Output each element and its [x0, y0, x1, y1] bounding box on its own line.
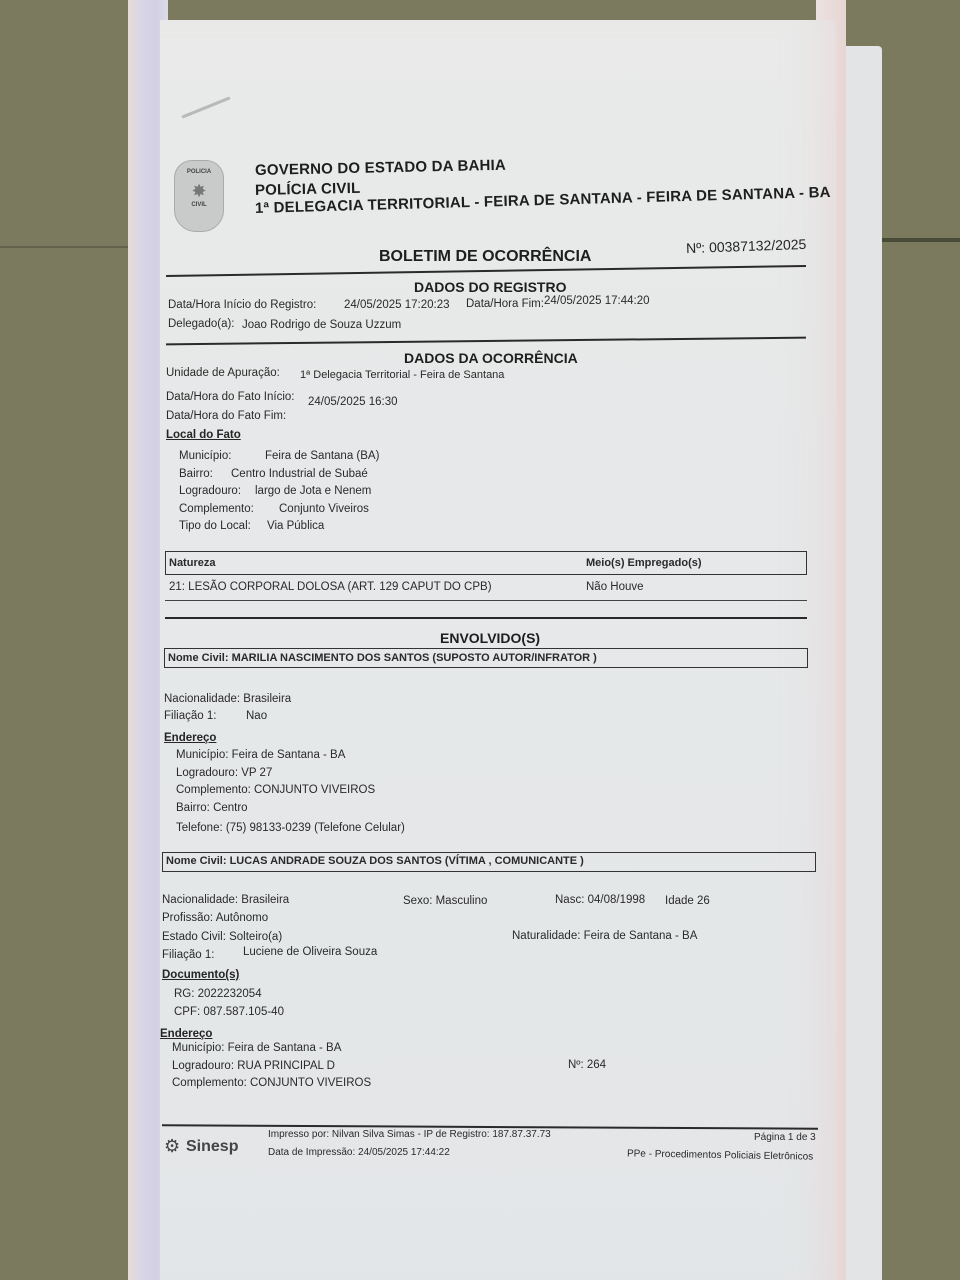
autor-filiacao-value: Nao	[246, 710, 267, 722]
local-fato-title: Local do Fato	[166, 429, 241, 441]
meio-row-value: Não Houve	[586, 581, 644, 593]
floor-tile-line	[0, 246, 130, 248]
natureza-header-box	[165, 551, 807, 575]
natureza-row-value: 21: LESÃO CORPORAL DOLOSA (ART. 129 CAPU…	[169, 581, 492, 593]
floor-tile-line	[880, 238, 960, 242]
vitima-nome: Nome Civil: LUCAS ANDRADE SOUZA DOS SANT…	[166, 855, 584, 867]
footer-pagina: Página 1 de 3	[754, 1132, 816, 1143]
vitima-sexo: Sexo: Masculino	[403, 895, 487, 907]
vitima-nasc: Nasc: 04/08/1998	[555, 894, 645, 906]
unidade-value: 1ª Delegacia Territorial - Feira de Sant…	[300, 369, 504, 381]
section-dados-ocorrencia: DADOS DA OCORRÊNCIA	[404, 350, 578, 366]
header-police: POLÍCIA CIVIL	[255, 180, 361, 199]
local-field-label: Logradouro:	[179, 485, 241, 497]
vitima-nacionalidade: Nacionalidade: Brasileira	[162, 894, 289, 906]
local-field-label: Município:	[179, 450, 231, 462]
registro-inicio-value: 24/05/2025 17:20:23	[344, 299, 450, 311]
vitima-logradouro: Logradouro: RUA PRINCIPAL D	[172, 1060, 335, 1072]
autor-endereco-line: Telefone: (75) 98133-0239 (Telefone Celu…	[176, 822, 405, 834]
fato-fim-label: Data/Hora do Fato Fim:	[166, 410, 286, 422]
vitima-cpf: CPF: 087.587.105-40	[174, 1006, 284, 1018]
vitima-profissao: Profissão: Autônomo	[162, 912, 268, 924]
local-field-label: Bairro:	[179, 468, 213, 480]
local-field-label: Tipo do Local:	[179, 520, 251, 532]
local-field-value: Centro Industrial de Subaé	[231, 468, 368, 480]
local-field-value: Via Pública	[267, 520, 324, 532]
ocorrencia-divider	[165, 617, 807, 619]
local-field-value: Conjunto Viveiros	[279, 503, 369, 515]
vitima-complemento: Complemento: CONJUNTO VIVEIROS	[172, 1077, 371, 1089]
autor-filiacao-label: Filiação 1:	[164, 710, 216, 722]
autor-endereco-line: Logradouro: VP 27	[176, 767, 272, 779]
report-number: Nº: 00387132/2025	[686, 236, 807, 256]
meio-col-header: Meio(s) Empregado(s)	[586, 557, 702, 569]
fato-inicio-label: Data/Hora do Fato Início:	[166, 391, 294, 403]
natureza-col-header: Natureza	[169, 557, 215, 569]
registro-divider	[166, 337, 806, 346]
autor-endereco-line: Bairro: Centro	[176, 802, 248, 814]
vitima-documentos-title: Documento(s)	[162, 969, 239, 981]
local-field-value: largo de Jota e Nenem	[255, 485, 371, 497]
vitima-idade: Idade 26	[665, 895, 710, 907]
footer-impresso: Impresso por: Nilvan Silva Simas - IP de…	[268, 1129, 551, 1140]
vitima-numero: Nº: 264	[568, 1059, 606, 1071]
vitima-municipio: Município: Feira de Santana - BA	[172, 1042, 341, 1054]
delegado-value: Joao Rodrigo de Souza Uzzum	[242, 319, 401, 331]
local-field-value: Feira de Santana (BA)	[265, 450, 379, 462]
local-field-label: Complemento:	[179, 503, 254, 515]
autor-nacionalidade: Nacionalidade: Brasileira	[164, 693, 291, 705]
vitima-filiacao-value: Luciene de Oliveira Souza	[243, 946, 377, 958]
footer-data-impressao: Data de Impressão: 24/05/2025 17:44:22	[268, 1147, 450, 1158]
unidade-label: Unidade de Apuração:	[166, 367, 280, 379]
vitima-filiacao-label: Filiação 1:	[162, 949, 214, 961]
vitima-estado-civil: Estado Civil: Solteiro(a)	[162, 931, 282, 943]
registro-fim-value: 24/05/2025 17:44:20	[544, 295, 650, 307]
section-dados-registro: DADOS DO REGISTRO	[414, 279, 566, 295]
vitima-rg: RG: 2022232054	[174, 988, 262, 1000]
delegado-label: Delegado(a):	[168, 318, 234, 330]
footer-sistema: PPe - Procedimentos Policiais Eletrônico…	[627, 1148, 813, 1162]
sinesp-logo-icon: ⚙	[164, 1136, 184, 1158]
vitima-naturalidade: Naturalidade: Feira de Santana - BA	[512, 930, 697, 942]
police-report-page: POLICIA ✸ CIVIL GOVERNO DO ESTADO DA BAH…	[160, 20, 836, 1280]
police-badge-icon: POLICIA ✸ CIVIL	[174, 160, 224, 232]
autor-endereco-line: Município: Feira de Santana - BA	[176, 749, 345, 761]
document-title: BOLETIM DE OCORRÊNCIA	[379, 248, 591, 266]
fato-inicio-value: 24/05/2025 16:30	[308, 396, 398, 408]
registro-inicio-label: Data/Hora Início do Registro:	[168, 299, 316, 311]
autor-endereco-title: Endereço	[164, 732, 216, 744]
registro-fim-label: Data/Hora Fim:	[466, 298, 544, 310]
autor-nome: Nome Civil: MARILIA NASCIMENTO DOS SANTO…	[168, 652, 597, 664]
title-divider	[166, 265, 806, 277]
sinesp-logo: Sinesp	[186, 1138, 238, 1156]
section-envolvidos: ENVOLVIDO(S)	[440, 630, 540, 646]
vitima-endereco-title: Endereço	[160, 1028, 212, 1040]
autor-endereco-line: Complemento: CONJUNTO VIVEIROS	[176, 784, 375, 796]
header-government: GOVERNO DO ESTADO DA BAHIA	[255, 157, 506, 179]
natureza-row-divider	[165, 600, 807, 601]
